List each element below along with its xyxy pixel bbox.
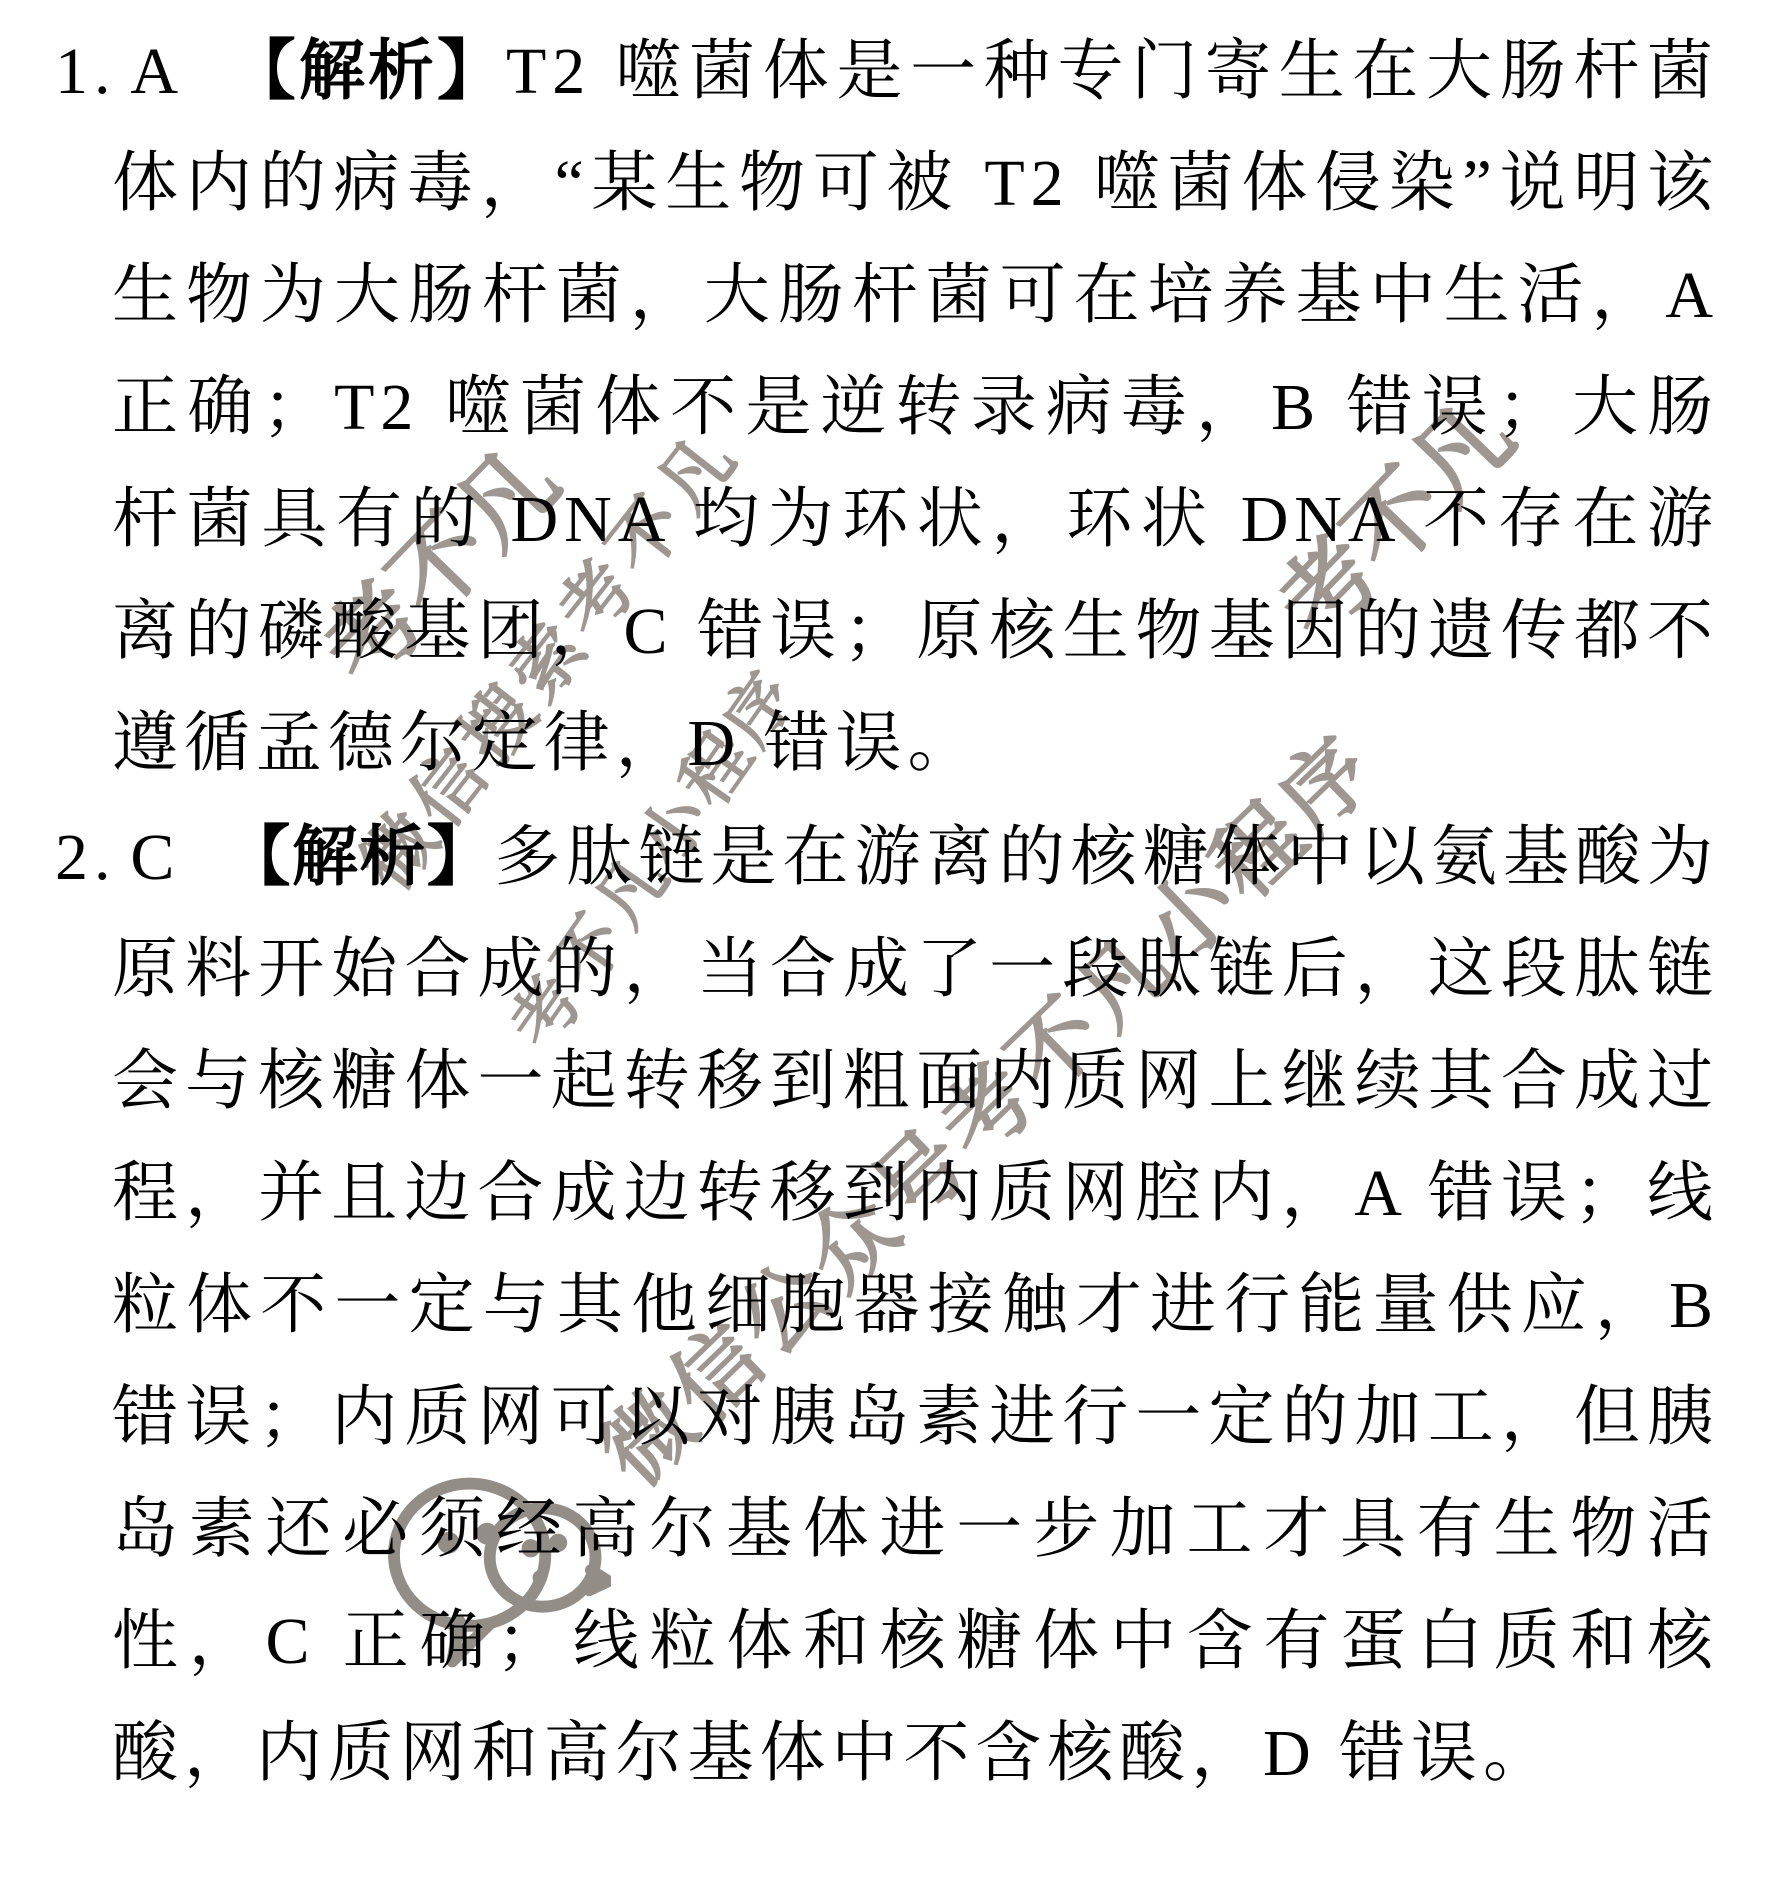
answer-item-1: 1.A【解析】T2 噬菌体是一种专门寄生在大肠杆菌体内的病毒，“某生物可被 T2… (112, 14, 1719, 800)
analysis-tag: 【解析】 (224, 819, 494, 893)
item-number: 1. (55, 35, 116, 108)
answer-letter: A (130, 35, 184, 108)
analysis-tag: 【解析】 (228, 33, 506, 107)
answer-page: 1.A【解析】T2 噬菌体是一种专门寄生在大肠杆菌体内的病毒，“某生物可被 T2… (0, 0, 1777, 1810)
analysis-text: T2 噬菌体是一种专门寄生在大肠杆菌体内的病毒，“某生物可被 T2 噬菌体侵染”… (112, 35, 1719, 780)
analysis-text: 多肽链是在游离的核糖体中以氨基酸为原料开始合成的，当合成了一段肽链后，这段肽链会… (112, 821, 1719, 1790)
answer-item-2: 2.C【解析】多肽链是在游离的核糖体中以氨基酸为原料开始合成的，当合成了一段肽链… (112, 800, 1719, 1810)
item-number: 2. (55, 821, 116, 894)
scanned-answer-sheet: { "document": { "items": [ { "number": "… (0, 0, 1777, 1887)
answer-letter: C (130, 821, 180, 894)
